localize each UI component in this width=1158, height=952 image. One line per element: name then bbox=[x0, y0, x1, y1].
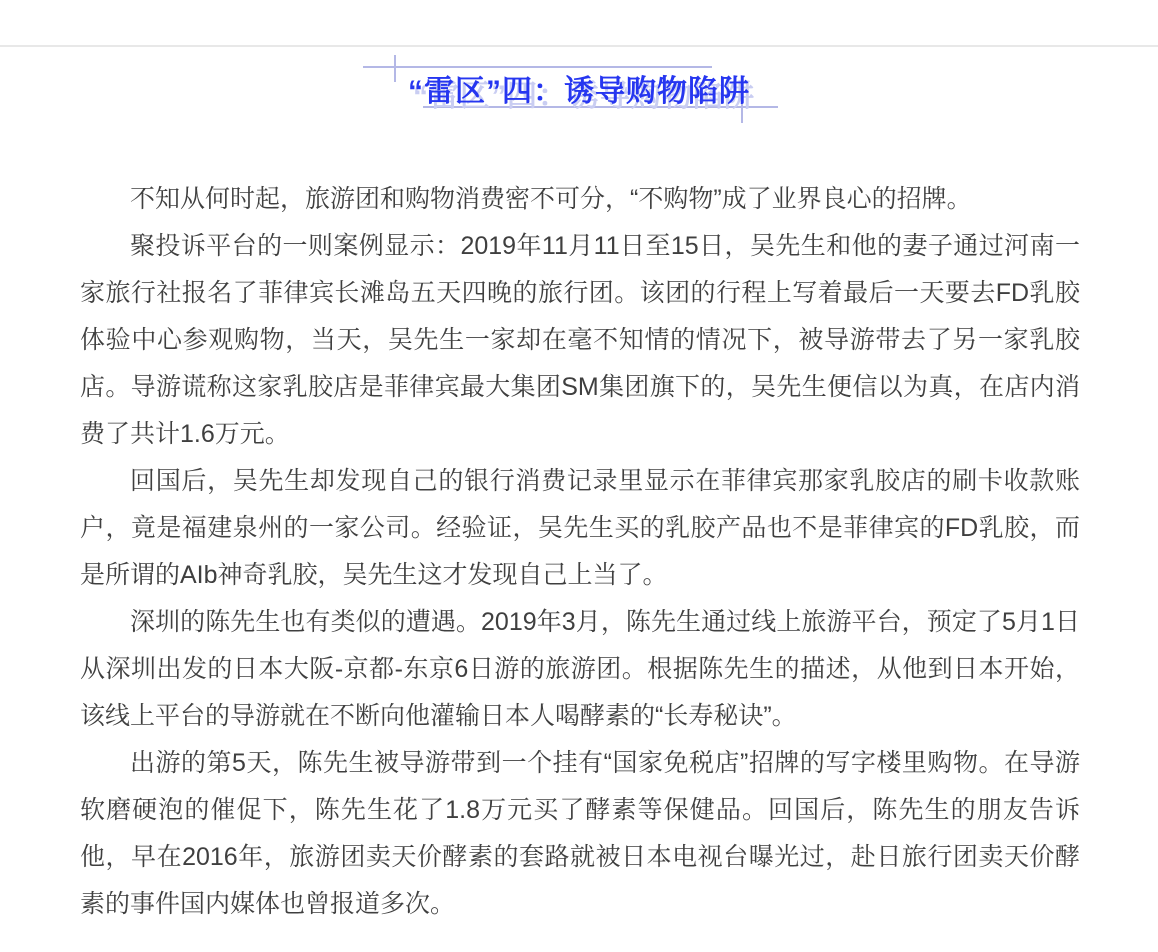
paragraph: 出游的第5天，陈先生被导游带到一个挂有“国家免税店”招牌的写字楼里购物。在导游软… bbox=[80, 740, 1080, 928]
paragraph: 回国后，吴先生却发现自己的银行消费记录里显示在菲律宾那家乳胶店的刷卡收款账户，竟… bbox=[80, 458, 1080, 599]
article-page: { "theme": { "accent_blue": "#2636f0", "… bbox=[0, 0, 1158, 952]
page-title: “雷区”四：诱导购物陷阱 bbox=[0, 66, 1158, 126]
top-divider bbox=[0, 45, 1158, 47]
paragraph: 深圳的陈先生也有类似的遭遇。2019年3月，陈先生通过线上旅游平台，预定了5月1… bbox=[80, 599, 1080, 740]
paragraph: 聚投诉平台的一则案例显示：2019年11月11日至15日，吴先生和他的妻子通过河… bbox=[80, 223, 1080, 458]
paragraph: 不知从何时起，旅游团和购物消费密不可分，“不购物”成了业界良心的招牌。 bbox=[80, 176, 1080, 223]
article-body: 不知从何时起，旅游团和购物消费密不可分，“不购物”成了业界良心的招牌。聚投诉平台… bbox=[80, 176, 1080, 928]
